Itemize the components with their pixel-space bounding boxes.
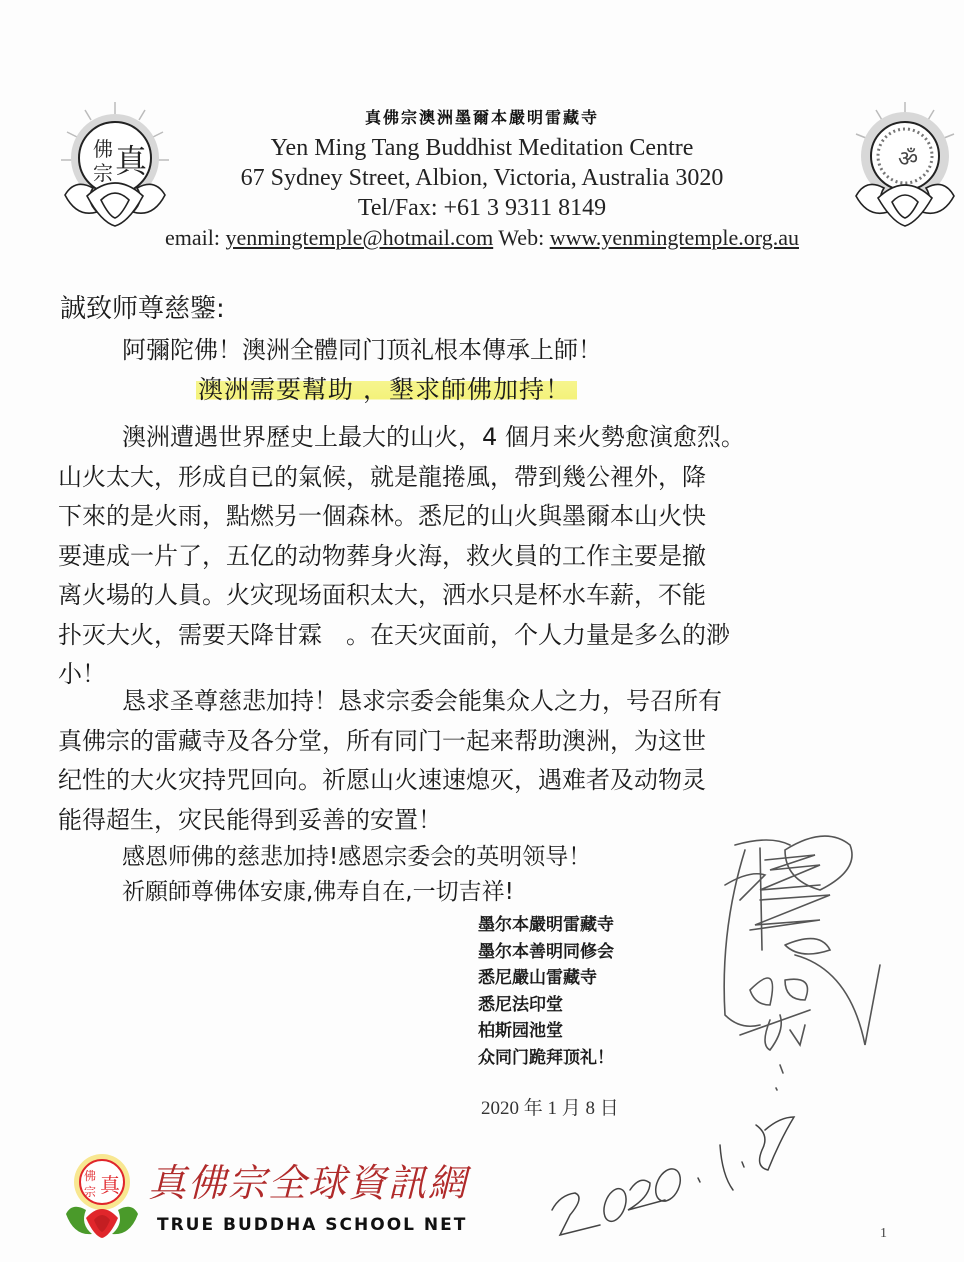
signer: 墨尔本善明同修会 <box>478 939 614 966</box>
paragraph-line: 澳洲遭遇世界歷史上最大的山火，4 個月来火勢愈演愈烈。 <box>58 418 908 458</box>
email-link[interactable]: yenmingtemple@hotmail.com <box>225 225 493 250</box>
email-label: email: <box>165 225 225 250</box>
signer: 墨尔本嚴明雷藏寺 <box>478 912 614 939</box>
letter-page: 佛 宗 真 真佛宗澳洲墨爾本嚴明雷藏寺 Yen Ming Tang Buddhi… <box>0 0 964 1262</box>
true-buddha-school-net-logo-icon: 佛 宗 真 <box>62 1152 142 1240</box>
signer: 悉尼法印堂 <box>478 992 614 1019</box>
signer: 悉尼嚴山雷藏寺 <box>478 965 614 992</box>
tbs-net-chinese-title: 真佛宗全球資訊網 <box>148 1152 468 1207</box>
paragraph-2: 恳求圣尊慈悲加持！恳求宗委会能集众人之力，号召所有 真佛宗的雷藏寺及各分堂，所有… <box>58 682 908 840</box>
headline: 澳洲需要幫助 ，墾求師佛加持！ <box>196 370 577 406</box>
paragraph-line: 要連成一片了，五亿的动物葬身火海，救火員的工作主要是撤 <box>58 537 908 577</box>
contact-line: email: yenmingtemple@hotmail.com Web: ww… <box>0 224 964 252</box>
thanks-line-1: 感恩师佛的慈悲加持!感恩宗委会的英明领导！ <box>122 838 591 871</box>
signer: 柏斯园池堂 <box>478 1018 614 1045</box>
greeting: 阿彌陀佛！澳洲全體同门顶礼根本傳承上師！ <box>122 330 602 365</box>
temple-address: 67 Sydney Street, Albion, Victoria, Aust… <box>0 164 964 192</box>
paragraph-line: 纪性的大火灾持咒回向。祈愿山火速速熄灭，遇难者及动物灵 <box>58 761 908 801</box>
salutation: 誠致师尊慈鑒: <box>60 288 225 325</box>
paragraph-1: 澳洲遭遇世界歷史上最大的山火，4 個月来火勢愈演愈烈。 山火太大，形成自已的氣候… <box>58 418 908 695</box>
paragraph-line: 离火場的人員。火灾现场面积太大，洒水只是杯水车薪，不能 <box>58 576 908 616</box>
svg-text:ॐ: ॐ <box>898 147 918 172</box>
paragraph-line: 山火太大，形成自已的氣候，就是龍捲風，帶到幾公裡外，降 <box>58 458 908 498</box>
svg-text:佛: 佛 <box>84 1168 96 1183</box>
dharma-seal-logo-icon: ॐ <box>850 100 960 230</box>
handwritten-signature-icon <box>690 830 890 1100</box>
signers-list: 墨尔本嚴明雷藏寺 墨尔本善明同修会 悉尼嚴山雷藏寺 悉尼法印堂 柏斯园池堂 众同… <box>478 912 614 1071</box>
temple-chinese-name: 真佛宗澳洲墨爾本嚴明雷藏寺 <box>0 105 964 128</box>
paragraph-line: 下來的是火雨，點燃另一個森林。悉尼的山火與墨爾本山火快 <box>58 497 908 537</box>
website-link[interactable]: www.yenmingtemple.org.au <box>550 225 799 250</box>
paragraph-line: 恳求圣尊慈悲加持！恳求宗委会能集众人之力，号召所有 <box>58 682 908 722</box>
tbs-net-english-title: TRUE BUDDHA SCHOOL NET <box>157 1215 467 1235</box>
svg-text:宗: 宗 <box>84 1185 96 1199</box>
handwritten-date-icon <box>530 1105 810 1245</box>
temple-phone: Tel/Fax: +61 3 9311 8149 <box>0 194 964 222</box>
paragraph-line: 扑灭大火，需要天降甘霖 。在天灾面前，个人力量是多么的渺 <box>58 616 908 656</box>
highlighted-headline: 澳洲需要幫助 ，墾求師佛加持！ <box>196 375 577 404</box>
signer: 众同门跪拜顶礼！ <box>478 1045 614 1072</box>
temple-english-name: Yen Ming Tang Buddhist Meditation Centre <box>0 134 964 162</box>
paragraph-line: 真佛宗的雷藏寺及各分堂，所有同门一起来帮助澳洲，为这世 <box>58 722 908 762</box>
web-label: Web: <box>493 225 549 250</box>
page-number: 1 <box>880 1226 887 1242</box>
svg-text:真: 真 <box>100 1173 121 1197</box>
thanks-line-2: 祈願師尊佛体安康,佛寿自在,一切吉祥! <box>122 873 514 906</box>
